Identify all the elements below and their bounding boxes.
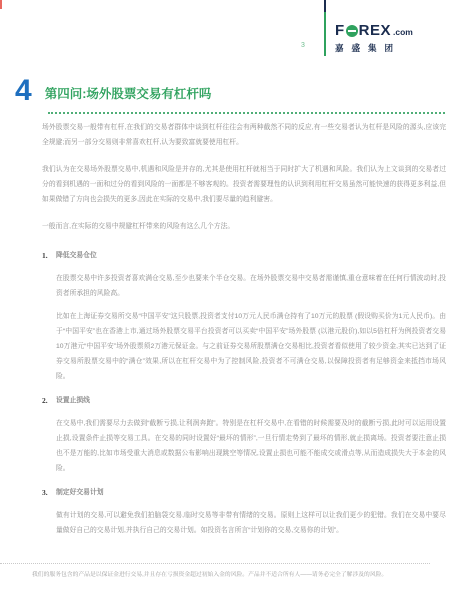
footer-divider [0,563,430,564]
question-number: 4 [15,76,32,106]
logo-o-bar [348,30,356,32]
logo-text-com: .com [393,27,413,37]
article-body: 场外股票交易一般带有杠杆,在我们的交易者群体中谈到杠杆往往会有两种截然不同的反应… [42,120,446,547]
list-item-number: 3. [42,485,56,538]
page-title: 第四问:场外股票交易有杠杆吗 [45,80,212,102]
title-divider [48,112,445,114]
logo-chinese-name: 嘉盛集团 [335,42,413,54]
list-item-body: 设置止损线 在交易中,我们需要尽力去做到“截断亏损,让利润奔跑”。特别是在杠杆交… [56,393,446,476]
logo-text-rex: REX [359,22,391,39]
methods-list: 1. 降低交易仓位 在股票交易中许多投资者喜欢满仓交易,至少也要来个半仓交易。在… [42,248,446,538]
list-item-title: 设置止损线 [56,393,446,408]
document-page: 3 F REX .com 嘉盛集团 4 第四问:场外股票交易有杠杆吗 场外股票交… [0,0,463,599]
list-item-title: 降低交易仓位 [56,248,446,263]
list-item-paragraph: 做有计划的交易,可以避免我们拍脑袋交易,临时交易等非带有情绪的交易。原则上这样可… [56,508,446,538]
logo-text-f: F [335,22,345,39]
list-item-number: 2. [42,393,56,476]
forex-logo: F REX .com 嘉盛集团 [335,22,413,54]
edge-marker [0,0,2,9]
list-item: 3. 制定好交易计划 做有计划的交易,可以避免我们拍脑袋交易,临时交易等非带有情… [42,485,446,538]
page-number: 3 [301,42,305,49]
list-item-body: 制定好交易计划 做有计划的交易,可以避免我们拍脑袋交易,临时交易等非带有情绪的交… [56,485,446,538]
list-item: 1. 降低交易仓位 在股票交易中许多投资者喜欢满仓交易,至少也要来个半仓交易。在… [42,248,446,384]
list-item-number: 1. [42,248,56,384]
intro-paragraph: 场外股票交易一般带有杠杆,在我们的交易者群体中谈到杠杆往往会有两种截然不同的反应… [42,120,446,150]
logo-o-icon [346,25,358,37]
list-item-title: 制定好交易计划 [56,485,446,500]
list-item: 2. 设置止损线 在交易中,我们需要尽力去做到“截断亏损,让利润奔跑”。特别是在… [42,393,446,476]
list-item-paragraph: 比如在上海证券交易所交易“中国平安”这只股票,投资者支付10万元人民币满仓持有了… [56,309,446,384]
list-item-body: 降低交易仓位 在股票交易中许多投资者喜欢满仓交易,至少也要来个半仓交易。在场外股… [56,248,446,384]
intro-paragraph: 我们认为在交易场外股票交易中,机遇和风险是并存的,尤其是使用杠杆就相当于同时扩大… [42,162,446,207]
section-heading: 4 第四问:场外股票交易有杠杆吗 [15,76,211,106]
forex-logo-wordmark: F REX .com [335,22,413,39]
header-divider-top [324,0,326,12]
risk-disclaimer: 我们的服务包含的产品是以保证金进行交易,并且存在亏损资金超过初始入金的风险。产品… [32,571,425,580]
header-divider [324,0,326,56]
list-item-paragraph: 在股票交易中许多投资者喜欢满仓交易,至少也要来个半仓交易。在场外股票交易中交易者… [56,271,446,301]
header-divider-bottom [324,12,326,56]
intro-paragraph: 一般而言,在实际的交易中规避杠杆带来的风险有这么几个方法。 [42,219,446,234]
list-item-paragraph: 在交易中,我们需要尽力去做到“截断亏损,让利润奔跑”。特别是在杠杆交易中,在看错… [56,416,446,476]
